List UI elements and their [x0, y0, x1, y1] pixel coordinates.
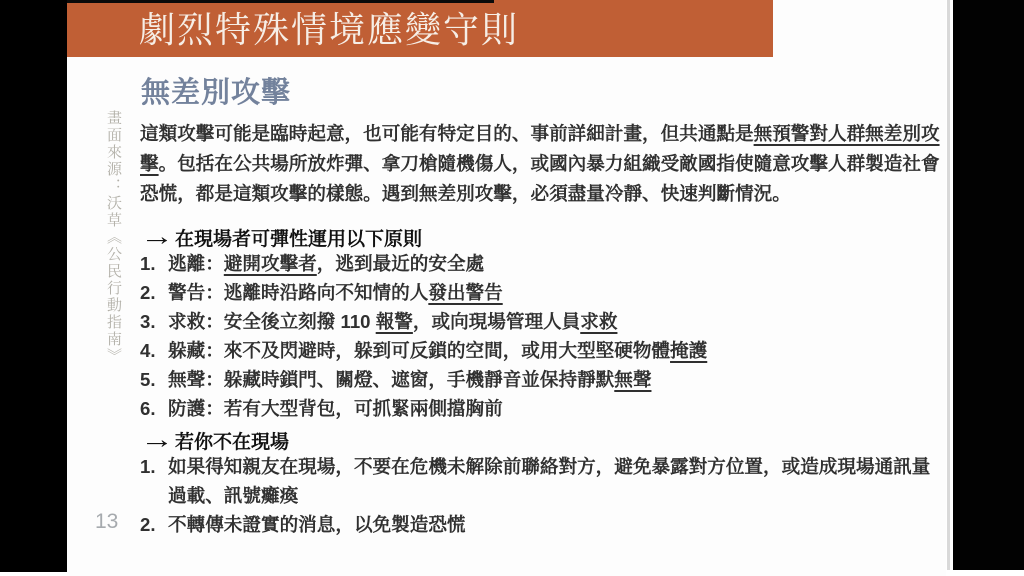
- underlined-text: 報警: [376, 311, 413, 332]
- offsite-heading-label: 若你不在現場: [175, 427, 289, 454]
- slide-title: 劇烈特殊情境應變守則: [139, 0, 519, 57]
- list-item-number: 1.: [140, 249, 168, 278]
- text-segment: 。包括在公共場所放炸彈、拿刀槍隨機傷人，或國內暴力組織受敵國指使隨意攻擊人群製造…: [159, 153, 940, 174]
- intro-paragraph: 這類攻擊可能是臨時起意，也可能有特定目的、事前詳細計畫，但共通點是無預警對人群無…: [140, 119, 940, 209]
- text-segment: 求救：安全後立刻撥 110: [168, 311, 376, 332]
- underlined-text: 掩護: [670, 340, 707, 361]
- arrow-icon: →: [140, 223, 174, 249]
- list-item-number: 6.: [140, 394, 168, 423]
- list-item: 6. 防護：若有大型背包，可抓緊兩側擋胸前: [140, 394, 707, 423]
- intro-line-2: 擊。包括在公共場所放炸彈、拿刀槍隨機傷人，或國內暴力組織受敵國指使隨意攻擊人群製…: [140, 149, 940, 179]
- underlined-text: 無聲: [614, 369, 651, 390]
- list-item: 1. 逃離：避開攻擊者，逃到最近的安全處: [140, 249, 707, 278]
- list-item: 4. 躲藏：來不及閃避時，躲到可反鎖的空間，或用大型堅硬物體掩護: [140, 336, 707, 365]
- list-item-number: 2.: [140, 510, 168, 539]
- list-item-number: 4.: [140, 336, 168, 365]
- list-item: 3. 求救：安全後立刻撥 110 報警，或向現場管理人員求救: [140, 307, 707, 336]
- text-segment: ，或向現場管理人員: [413, 311, 580, 332]
- letterbox-stage: 劇烈特殊情境應變守則 無差別攻擊 畫面來源：沃草《公民行動指南》 這類攻擊可能是…: [0, 0, 1024, 576]
- list-item-number: 2.: [140, 278, 168, 307]
- list-item: 2. 警告：逃離時沿路向不知情的人發出警告: [140, 278, 707, 307]
- text-segment: 恐慌，都是這類攻擊的樣態。遇到無差別攻擊，必須盡量冷靜、快速判斷情況。: [140, 183, 791, 204]
- text-segment: 防護：若有大型背包，可抓緊兩側擋胸前: [168, 398, 503, 419]
- list-item: 2. 不轉傳未證實的消息，以免製造恐慌: [140, 510, 940, 539]
- underlined-text: 擊: [140, 153, 159, 174]
- list-item-text: 無聲：躲藏時鎖門、關燈、遮窗，手機靜音並保持靜默無聲: [168, 365, 651, 394]
- list-item-text: 求救：安全後立刻撥 110 報警，或向現場管理人員求救: [168, 307, 617, 336]
- top-black-line: [67, 0, 494, 3]
- offsite-section-heading: → 若你不在現場: [140, 427, 289, 454]
- page-number: 13: [95, 510, 118, 534]
- text-segment: 無聲：躲藏時鎖門、關燈、遮窗，手機靜音並保持靜默: [168, 369, 614, 390]
- text-segment: 如果得知親友在現場，不要在危機未解除前聯絡對方，避免暴露對方位置，或造成現場通訊…: [168, 456, 930, 506]
- text-segment: 這類攻擊可能是臨時起意，也可能有特定目的、事前詳細計畫，但共通點是: [140, 123, 754, 144]
- text-segment: 警告：逃離時沿路向不知情的人: [168, 282, 428, 303]
- list-item-text: 不轉傳未證實的消息，以免製造恐慌: [168, 510, 940, 539]
- list-item: 5. 無聲：躲藏時鎖門、關燈、遮窗，手機靜音並保持靜默無聲: [140, 365, 707, 394]
- underlined-text: 發出警告: [428, 282, 502, 303]
- underlined-text: 求救: [580, 311, 617, 332]
- text-segment: 不轉傳未證實的消息，以免製造恐慌: [168, 514, 466, 535]
- list-item-number: 3.: [140, 307, 168, 336]
- underlined-text: 避開攻擊者: [224, 253, 317, 274]
- list-item-text: 防護：若有大型背包，可抓緊兩側擋胸前: [168, 394, 503, 423]
- arrow-icon: →: [140, 426, 174, 452]
- source-note-vertical: 畫面來源：沃草《公民行動指南》: [103, 110, 124, 365]
- left-black-bar: [0, 0, 67, 572]
- slide: 劇烈特殊情境應變守則 無差別攻擊 畫面來源：沃草《公民行動指南》 這類攻擊可能是…: [67, 0, 946, 576]
- right-divider-line: [947, 0, 950, 570]
- intro-line-3: 恐慌，都是這類攻擊的樣態。遇到無差別攻擊，必須盡量冷靜、快速判斷情況。: [140, 179, 940, 209]
- list-item-text: 警告：逃離時沿路向不知情的人發出警告: [168, 278, 503, 307]
- list-item-text: 如果得知親友在現場，不要在危機未解除前聯絡對方，避免暴露對方位置，或造成現場通訊…: [168, 452, 940, 510]
- list-item-text: 逃離：避開攻擊者，逃到最近的安全處: [168, 249, 484, 278]
- offsite-list: 1. 如果得知親友在現場，不要在危機未解除前聯絡對方，避免暴露對方位置，或造成現…: [140, 452, 940, 539]
- text-segment: ，逃到最近的安全處: [317, 253, 484, 274]
- list-item-text: 躲藏：來不及閃避時，躲到可反鎖的空間，或用大型堅硬物體掩護: [168, 336, 707, 365]
- intro-line-1: 這類攻擊可能是臨時起意，也可能有特定目的、事前詳細計畫，但共通點是無預警對人群無…: [140, 119, 940, 149]
- onsite-list: 1. 逃離：避開攻擊者，逃到最近的安全處 2. 警告：逃離時沿路向不知情的人發出…: [140, 249, 707, 423]
- section-heading: 無差別攻擊: [141, 70, 291, 111]
- slide-header-bar: 劇烈特殊情境應變守則: [67, 0, 773, 57]
- list-item-number: 5.: [140, 365, 168, 394]
- onsite-section-heading: → 在現場者可彈性運用以下原則: [140, 224, 422, 251]
- list-item: 1. 如果得知親友在現場，不要在危機未解除前聯絡對方，避免暴露對方位置，或造成現…: [140, 452, 940, 510]
- onsite-heading-label: 在現場者可彈性運用以下原則: [175, 224, 422, 251]
- text-segment: 躲藏：來不及閃避時，躲到可反鎖的空間，或用大型堅硬物體: [168, 340, 670, 361]
- list-item-number: 1.: [140, 452, 168, 510]
- text-segment: 逃離：: [168, 253, 224, 274]
- right-black-bar: [953, 0, 1024, 570]
- underlined-text: 無預警對人群無差別攻: [754, 123, 940, 144]
